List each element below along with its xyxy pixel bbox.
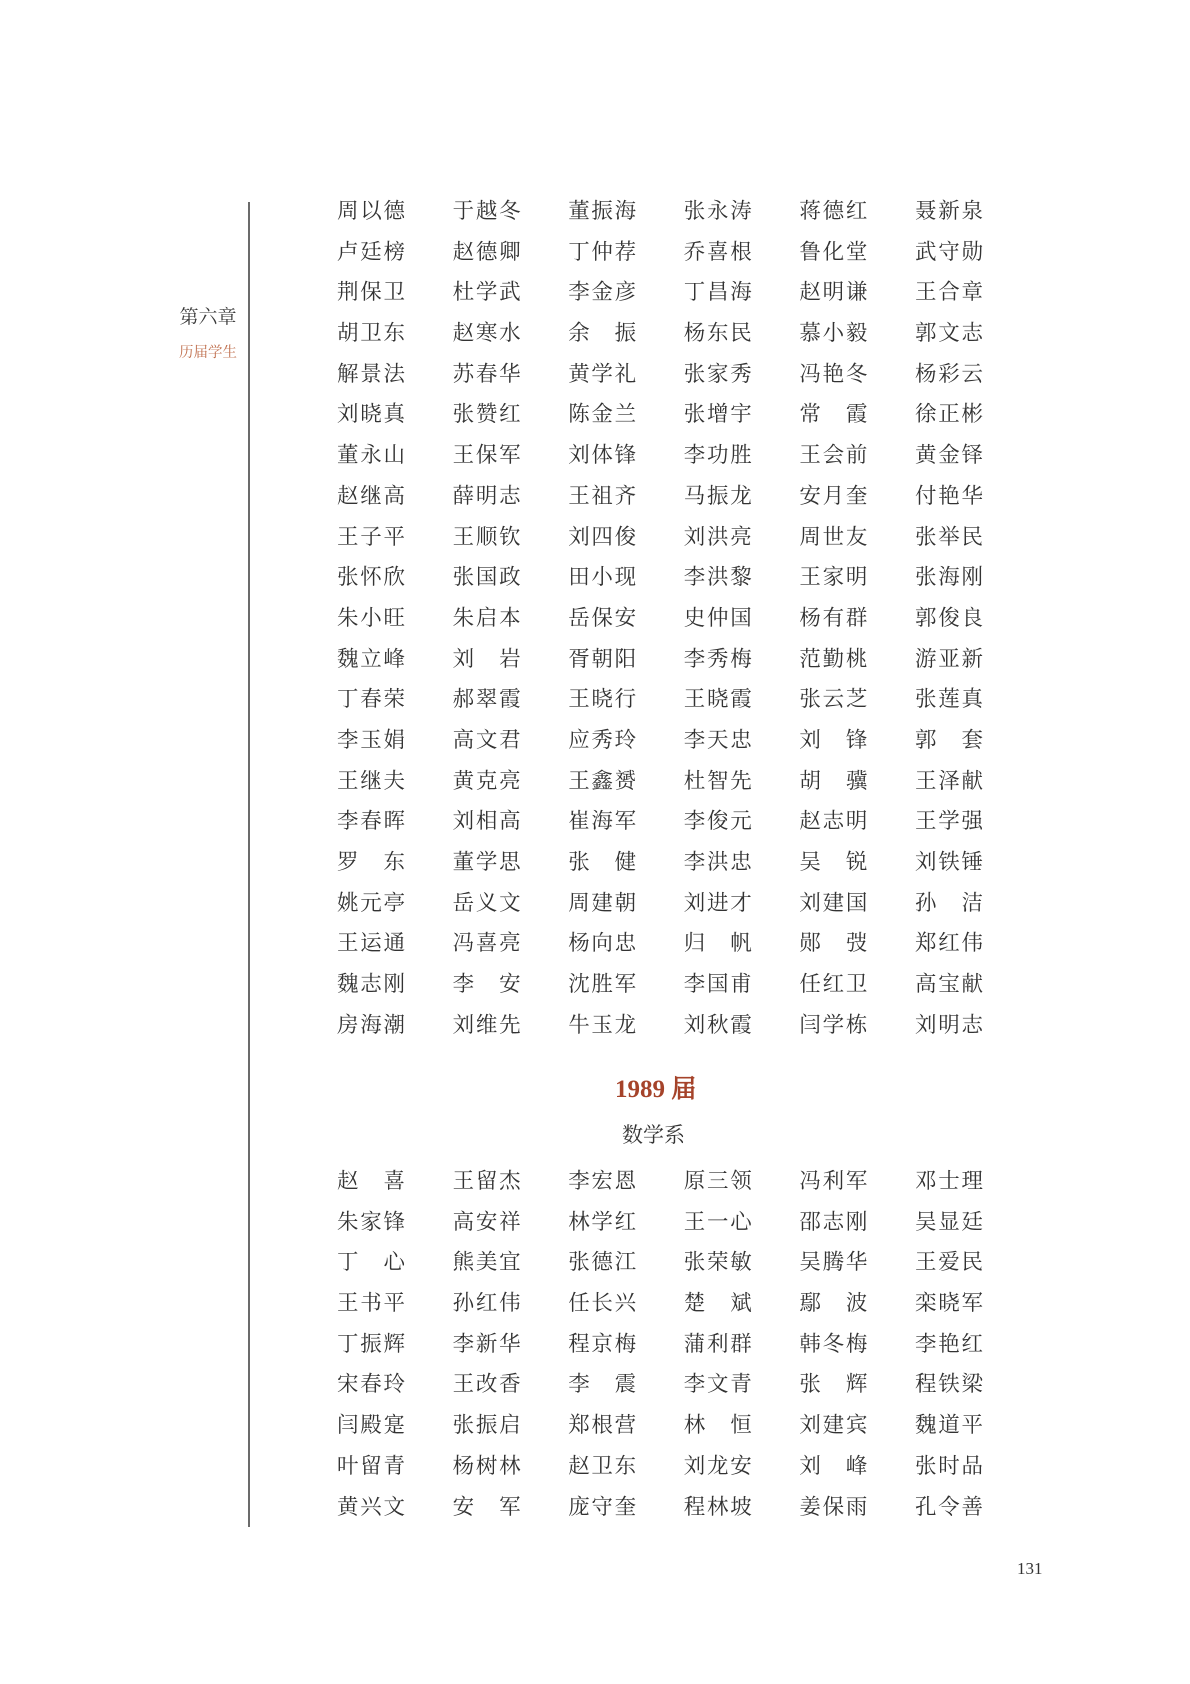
- student-name: 吴显廷: [915, 1203, 983, 1244]
- student-name: 杨向忠: [568, 924, 636, 965]
- student-name: 李玉娟: [337, 721, 405, 762]
- student-name: 孔令善: [915, 1488, 983, 1529]
- student-name: 徐正彬: [915, 395, 983, 436]
- student-name: 李天忠: [684, 721, 752, 762]
- student-name: 黄兴文: [337, 1488, 405, 1529]
- student-name: 张振启: [453, 1406, 521, 1447]
- student-name: 朱家锋: [337, 1203, 405, 1244]
- student-name: 程林坡: [684, 1488, 752, 1529]
- student-name: 刘龙安: [684, 1447, 752, 1488]
- student-name: 魏道平: [915, 1406, 983, 1447]
- student-name: 岳保安: [568, 599, 636, 640]
- student-name: 郭文志: [915, 314, 983, 355]
- student-name: 赵 喜: [337, 1162, 405, 1203]
- student-name: 丁 心: [337, 1243, 405, 1284]
- student-name: 张莲真: [915, 680, 983, 721]
- student-name: 王留杰: [453, 1162, 521, 1203]
- student-name: 刘四俊: [568, 518, 636, 559]
- student-name: 郭 套: [915, 721, 983, 762]
- student-name: 常 霞: [799, 395, 867, 436]
- student-name: 叶留青: [337, 1447, 405, 1488]
- student-name: 高文君: [453, 721, 521, 762]
- student-name: 李宏恩: [568, 1162, 636, 1203]
- student-name: 房海潮: [337, 1006, 405, 1047]
- student-name: 张 辉: [799, 1365, 867, 1406]
- student-name: 解景法: [337, 355, 405, 396]
- student-name: 聂新泉: [915, 192, 983, 233]
- student-name: 王泽献: [915, 762, 983, 803]
- student-name: 孙 洁: [915, 884, 983, 925]
- student-name: 李艳红: [915, 1325, 983, 1366]
- student-name: 刘 锋: [799, 721, 867, 762]
- student-name: 姚元亭: [337, 884, 405, 925]
- student-name: 王子平: [337, 518, 405, 559]
- student-name: 沈胜军: [568, 965, 636, 1006]
- student-name: 朱小旺: [337, 599, 405, 640]
- student-name: 郑根营: [568, 1406, 636, 1447]
- student-name: 魏志刚: [337, 965, 405, 1006]
- student-name: 黄金铎: [915, 436, 983, 477]
- student-name: 周以德: [337, 192, 405, 233]
- student-name: 游亚新: [915, 640, 983, 681]
- student-name: 安月奎: [799, 477, 867, 518]
- student-name: 张举民: [915, 518, 983, 559]
- student-name: 赵继高: [337, 477, 405, 518]
- chapter-label: 第六章: [172, 302, 244, 329]
- student-name: 范勤桃: [799, 640, 867, 681]
- student-name: 杨有群: [799, 599, 867, 640]
- student-name: 王合章: [915, 273, 983, 314]
- student-name: 冯利军: [799, 1162, 867, 1203]
- student-name: 刘建国: [799, 884, 867, 925]
- student-name: 慕小毅: [799, 314, 867, 355]
- student-name: 苏春华: [453, 355, 521, 396]
- student-name: 丁春荣: [337, 680, 405, 721]
- student-name: 马振龙: [684, 477, 752, 518]
- student-name: 任红卫: [799, 965, 867, 1006]
- student-name: 郧 弢: [799, 924, 867, 965]
- student-name: 丁昌海: [684, 273, 752, 314]
- student-name: 牛玉龙: [568, 1006, 636, 1047]
- student-name: 崔海军: [568, 802, 636, 843]
- student-name: 邓士理: [915, 1162, 983, 1203]
- student-name: 归 帆: [684, 924, 752, 965]
- student-name: 孙红伟: [453, 1284, 521, 1325]
- student-name: 鄢 波: [799, 1284, 867, 1325]
- student-name: 郑红伟: [915, 924, 983, 965]
- student-name: 刘秋霞: [684, 1006, 752, 1047]
- student-name: 宋春玲: [337, 1365, 405, 1406]
- student-name: 刘 峰: [799, 1447, 867, 1488]
- class-year-title: 1989 届: [615, 1069, 696, 1105]
- student-name: 楚 斌: [684, 1284, 752, 1325]
- student-name: 王祖齐: [568, 477, 636, 518]
- student-name: 赵寒水: [453, 314, 521, 355]
- student-name: 周建朝: [568, 884, 636, 925]
- student-name: 朱启本: [453, 599, 521, 640]
- student-name: 杨树林: [453, 1447, 521, 1488]
- student-name: 王改香: [453, 1365, 521, 1406]
- student-name: 张海刚: [915, 558, 983, 599]
- student-name: 李春晖: [337, 802, 405, 843]
- student-name: 薛明志: [453, 477, 521, 518]
- student-name: 郭俊良: [915, 599, 983, 640]
- student-name: 王晓霞: [684, 680, 752, 721]
- student-name: 李文青: [684, 1365, 752, 1406]
- student-name: 刘相高: [453, 802, 521, 843]
- student-name: 张国政: [453, 558, 521, 599]
- student-name: 王晓行: [568, 680, 636, 721]
- student-name: 庞守奎: [568, 1488, 636, 1529]
- student-name: 卢廷榜: [337, 233, 405, 274]
- student-name: 史仲国: [684, 599, 752, 640]
- student-name: 于越冬: [453, 192, 521, 233]
- department-heading: 数学系: [622, 1119, 685, 1149]
- student-name: 栾晓军: [915, 1284, 983, 1325]
- student-name: 丁仲荐: [568, 233, 636, 274]
- student-name: 郝翠霞: [453, 680, 521, 721]
- student-name: 黄克亮: [453, 762, 521, 803]
- student-name: 胡 骥: [799, 762, 867, 803]
- student-name: 王顺钦: [453, 518, 521, 559]
- name-list-previous-class: 周以德于越冬董振海张永涛蒋德红聂新泉卢廷榜赵德卿丁仲荐乔喜根鲁化堂武守勋荆保卫杜…: [337, 192, 1031, 1046]
- student-name: 刘晓真: [337, 395, 405, 436]
- student-name: 杜学武: [453, 273, 521, 314]
- student-name: 丁振辉: [337, 1325, 405, 1366]
- student-name: 韩冬梅: [799, 1325, 867, 1366]
- student-name: 吴 锐: [799, 843, 867, 884]
- student-name: 王爱民: [915, 1243, 983, 1284]
- student-name: 高安祥: [453, 1203, 521, 1244]
- student-name: 王书平: [337, 1284, 405, 1325]
- student-name: 高宝献: [915, 965, 983, 1006]
- student-name: 李 震: [568, 1365, 636, 1406]
- student-name: 王家明: [799, 558, 867, 599]
- student-name: 武守勋: [915, 233, 983, 274]
- student-name: 冯艳冬: [799, 355, 867, 396]
- student-name: 罗 东: [337, 843, 405, 884]
- student-name: 蒲利群: [684, 1325, 752, 1366]
- student-name: 王学强: [915, 802, 983, 843]
- section-label: 历届学生: [172, 341, 244, 362]
- student-name: 董振海: [568, 192, 636, 233]
- student-name: 原三领: [684, 1162, 752, 1203]
- student-name: 刘明志: [915, 1006, 983, 1047]
- student-name: 胥朝阳: [568, 640, 636, 681]
- student-name: 李新华: [453, 1325, 521, 1366]
- student-name: 赵志明: [799, 802, 867, 843]
- student-name: 鲁化堂: [799, 233, 867, 274]
- student-name: 张 健: [568, 843, 636, 884]
- student-name: 赵明谦: [799, 273, 867, 314]
- student-name: 李洪黎: [684, 558, 752, 599]
- student-name: 杨彩云: [915, 355, 983, 396]
- margin-divider-line: [248, 202, 250, 1527]
- student-name: 王会前: [799, 436, 867, 477]
- student-name: 蒋德红: [799, 192, 867, 233]
- student-name: 田小现: [568, 558, 636, 599]
- student-name: 陈金兰: [568, 395, 636, 436]
- student-name: 周世友: [799, 518, 867, 559]
- student-name: 魏立峰: [337, 640, 405, 681]
- student-name: 林学红: [568, 1203, 636, 1244]
- student-name: 吴腾华: [799, 1243, 867, 1284]
- student-name: 张时品: [915, 1447, 983, 1488]
- student-name: 林 恒: [684, 1406, 752, 1447]
- student-name: 王鑫赟: [568, 762, 636, 803]
- student-name: 董学思: [453, 843, 521, 884]
- student-name: 王运通: [337, 924, 405, 965]
- student-name: 荆保卫: [337, 273, 405, 314]
- student-name: 赵德卿: [453, 233, 521, 274]
- student-name: 刘维先: [453, 1006, 521, 1047]
- student-name: 赵卫东: [568, 1447, 636, 1488]
- student-name: 程京梅: [568, 1325, 636, 1366]
- student-name: 冯喜亮: [453, 924, 521, 965]
- student-name: 张家秀: [684, 355, 752, 396]
- student-name: 张永涛: [684, 192, 752, 233]
- student-name: 余 振: [568, 314, 636, 355]
- student-name: 张赞红: [453, 395, 521, 436]
- student-name: 王继夫: [337, 762, 405, 803]
- student-name: 张怀欣: [337, 558, 405, 599]
- student-name: 付艳华: [915, 477, 983, 518]
- student-name: 李俊元: [684, 802, 752, 843]
- student-name: 李金彦: [568, 273, 636, 314]
- student-name: 乔喜根: [684, 233, 752, 274]
- student-name: 闫殿寔: [337, 1406, 405, 1447]
- student-name: 李国甫: [684, 965, 752, 1006]
- page-number: 131: [1017, 1559, 1043, 1579]
- student-name: 岳义文: [453, 884, 521, 925]
- student-name: 应秀玲: [568, 721, 636, 762]
- student-name: 黄学礼: [568, 355, 636, 396]
- student-name: 姜保雨: [799, 1488, 867, 1529]
- student-name: 刘 岩: [453, 640, 521, 681]
- student-name: 张荣敏: [684, 1243, 752, 1284]
- student-name: 刘建宾: [799, 1406, 867, 1447]
- student-name: 邵志刚: [799, 1203, 867, 1244]
- student-name: 杨东民: [684, 314, 752, 355]
- student-name: 刘进才: [684, 884, 752, 925]
- student-name: 刘洪亮: [684, 518, 752, 559]
- student-name: 胡卫东: [337, 314, 405, 355]
- student-name: 董永山: [337, 436, 405, 477]
- student-name: 王保军: [453, 436, 521, 477]
- name-list-1989-math: 赵 喜王留杰李宏恩原三领冯利军邓士理朱家锋高安祥林学红王一心邵志刚吴显廷丁 心熊…: [337, 1162, 1031, 1528]
- student-name: 王一心: [684, 1203, 752, 1244]
- student-name: 张增宇: [684, 395, 752, 436]
- student-name: 闫学栋: [799, 1006, 867, 1047]
- student-name: 李秀梅: [684, 640, 752, 681]
- student-name: 刘铁锤: [915, 843, 983, 884]
- student-name: 杜智先: [684, 762, 752, 803]
- student-name: 李功胜: [684, 436, 752, 477]
- student-name: 安 军: [453, 1488, 521, 1529]
- student-name: 李 安: [453, 965, 521, 1006]
- student-name: 任长兴: [568, 1284, 636, 1325]
- student-name: 李洪忠: [684, 843, 752, 884]
- student-name: 程铁梁: [915, 1365, 983, 1406]
- student-name: 刘体锋: [568, 436, 636, 477]
- student-name: 熊美宜: [453, 1243, 521, 1284]
- student-name: 张云芝: [799, 680, 867, 721]
- student-name: 张德江: [568, 1243, 636, 1284]
